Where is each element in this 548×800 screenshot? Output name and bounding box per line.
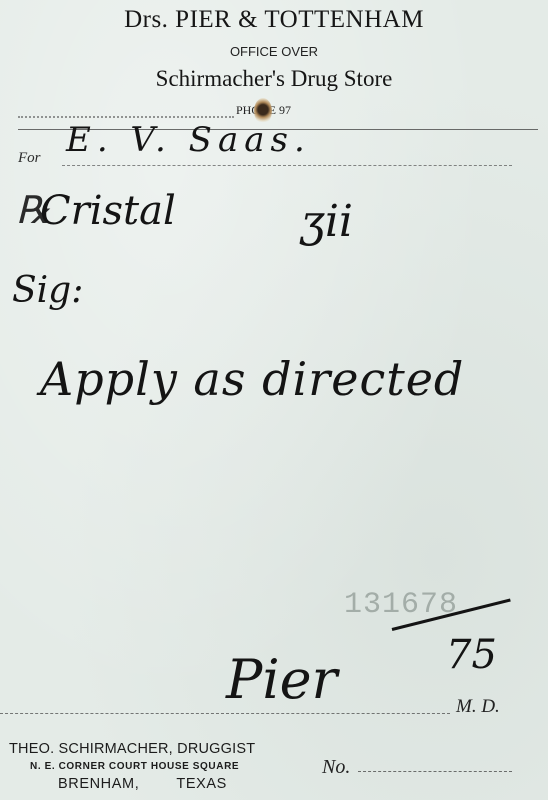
- directions: Apply as directed: [40, 352, 464, 406]
- letterhead-doctors: Drs. PIER & TOTTENHAM: [0, 6, 548, 34]
- number-line: [358, 771, 512, 772]
- md-label: M. D.: [456, 696, 500, 718]
- drug-quantity: ʒii: [300, 196, 353, 247]
- number-label: No.: [322, 756, 350, 779]
- letterhead-office-over: OFFICE OVER: [0, 44, 548, 59]
- doctor-signature: Pier: [226, 648, 337, 711]
- drug-name: Cristal: [40, 188, 176, 234]
- prescription-slip: Drs. PIER & TOTTENHAM OFFICE OVER Schirm…: [0, 0, 548, 800]
- footer-city: BRENHAM,: [58, 776, 139, 792]
- sig-label: Sig:: [12, 270, 83, 311]
- dotted-rule: [18, 116, 234, 118]
- footer-city-state: BRENHAM, TEXAS: [58, 776, 227, 792]
- for-label: For: [18, 150, 41, 167]
- footer-druggist: THEO. SCHIRMACHER, DRUGGIST: [9, 741, 255, 757]
- fee: 75: [446, 632, 497, 678]
- footer-address: N. E. CORNER COURT HOUSE SQUARE: [30, 761, 239, 772]
- patient-line: [62, 165, 512, 166]
- footer-state: TEXAS: [176, 776, 227, 792]
- signature-line: [0, 713, 450, 714]
- patient-name: E. V. Saas.: [66, 120, 311, 160]
- letterhead-store: Schirmacher's Drug Store: [0, 66, 548, 92]
